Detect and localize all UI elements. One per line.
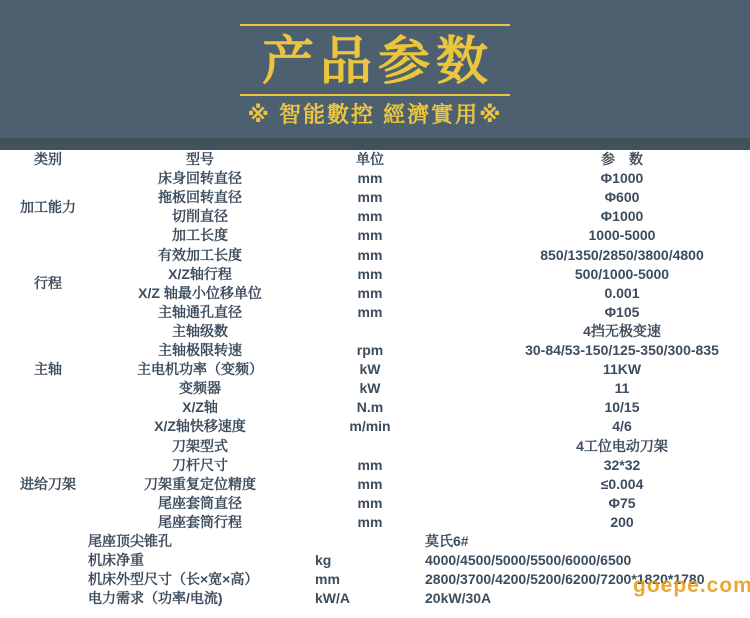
table-row: X/Z轴行程mm500/1000-5000: [0, 265, 750, 284]
category-label: 行程: [0, 274, 96, 293]
param-cell: 11KW: [472, 360, 750, 379]
table-row: 有效加工长度mm850/1350/2850/3800/4800: [0, 246, 750, 265]
unit-cell: mm: [330, 456, 410, 475]
footer-unit-cell: kW/A: [315, 589, 415, 608]
table-row: X/Z轴N.m10/15: [0, 398, 750, 417]
table-row: 尾座套筒行程mm200: [0, 513, 750, 532]
model-cell: 尾座套筒行程: [60, 513, 340, 532]
table-row: 加工长度mm1000-5000: [0, 226, 750, 245]
watermark: goepe.com: [633, 574, 750, 598]
header-subtitle: ※ 智能數控 經濟實用※: [0, 100, 750, 130]
table-header-row: 类别型号单位参 数: [0, 150, 750, 169]
unit-cell: mm: [330, 188, 410, 207]
unit-cell: [330, 437, 410, 456]
table-footer-row: 机床净重kg4000/4500/5000/5500/6000/6500: [0, 551, 750, 570]
model-cell: 主轴级数: [60, 322, 340, 341]
param-cell: Φ105: [472, 303, 750, 322]
model-cell: X/Z轴快移速度: [60, 417, 340, 436]
footer-label-cell: 机床净重: [88, 551, 318, 570]
unit-cell: mm: [330, 226, 410, 245]
unit-cell: mm: [330, 513, 410, 532]
model-cell: 切削直径: [60, 207, 340, 226]
table-row: 切削直径mmΦ1000: [0, 207, 750, 226]
param-cell: Φ1000: [472, 169, 750, 188]
unit-cell: kW: [330, 379, 410, 398]
param-cell: Φ75: [472, 494, 750, 513]
table-row: X/Z 轴最小位移单位mm0.001: [0, 284, 750, 303]
page-title: 产品参数: [0, 30, 750, 94]
param-cell: 0.001: [472, 284, 750, 303]
unit-cell: mm: [330, 475, 410, 494]
param-cell: Φ600: [472, 188, 750, 207]
model-cell: X/Z轴: [60, 398, 340, 417]
model-cell: X/Z轴行程: [60, 265, 340, 284]
table-row: 刀杆尺寸mm32*32: [0, 456, 750, 475]
unit-cell: mm: [330, 246, 410, 265]
footer-label-cell: 机床外型尺寸（长×宽×高）: [88, 570, 318, 589]
param-cell: Φ1000: [472, 207, 750, 226]
table-row: 主轴通孔直径mmΦ105: [0, 303, 750, 322]
table-row: 拖板回转直径mmΦ600: [0, 188, 750, 207]
header-banner: 产品参数 ※ 智能數控 經濟實用※: [0, 0, 750, 150]
unit-cell: [330, 322, 410, 341]
unit-cell: rpm: [330, 341, 410, 360]
spec-table: 类别型号单位参 数床身回转直径mmΦ1000拖板回转直径mmΦ600切削直径mm…: [0, 150, 750, 610]
table-row: 主轴级数4挡无极变速: [0, 322, 750, 341]
param-cell: 32*32: [472, 456, 750, 475]
model-cell: 变频器: [60, 379, 340, 398]
model-cell: 加工长度: [60, 226, 340, 245]
model-cell: X/Z 轴最小位移单位: [60, 284, 340, 303]
param-cell: 500/1000-5000: [472, 265, 750, 284]
param-cell: 4挡无极变速: [472, 322, 750, 341]
category-label: 进给刀架: [0, 475, 96, 494]
param-cell: 850/1350/2850/3800/4800: [472, 246, 750, 265]
divider-line-bottom: [240, 94, 510, 96]
model-cell: 刀杆尺寸: [60, 456, 340, 475]
unit-cell: mm: [330, 303, 410, 322]
table-row: 刀架重复定位精度mm≤0.004: [0, 475, 750, 494]
footer-unit-cell: kg: [315, 551, 415, 570]
param-cell: 30-84/53-150/125-350/300-835: [472, 341, 750, 360]
footer-unit-cell: mm: [315, 570, 415, 589]
param-cell: 11: [472, 379, 750, 398]
column-header-param: 参 数: [472, 150, 750, 169]
model-cell: 主电机功率（变频）: [60, 360, 340, 379]
model-cell: 主轴极限转速: [60, 341, 340, 360]
model-cell: 尾座套筒直径: [60, 494, 340, 513]
footer-label-cell: 电力需求（功率/电流): [88, 589, 318, 608]
model-cell: 刀架重复定位精度: [60, 475, 340, 494]
model-cell: 床身回转直径: [60, 169, 340, 188]
unit-cell: kW: [330, 360, 410, 379]
table-row: 主电机功率（变频）kW11KW: [0, 360, 750, 379]
model-cell: 有效加工长度: [60, 246, 340, 265]
footer-label-cell: 尾座顶尖锥孔: [88, 532, 318, 551]
footer-unit-cell: [315, 532, 415, 551]
param-cell: 200: [472, 513, 750, 532]
table-row: 床身回转直径mmΦ1000: [0, 169, 750, 188]
param-cell: 10/15: [472, 398, 750, 417]
footer-param-cell: 4000/4500/5000/5500/6000/6500: [425, 551, 750, 570]
unit-cell: m/min: [330, 417, 410, 436]
unit-cell: mm: [330, 169, 410, 188]
product-parameters-sheet: 产品参数 ※ 智能數控 經濟實用※ 类别型号单位参 数床身回转直径mmΦ1000…: [0, 0, 750, 618]
model-cell: 主轴通孔直径: [60, 303, 340, 322]
param-cell: 4工位电动刀架: [472, 437, 750, 456]
unit-cell: N.m: [330, 398, 410, 417]
table-footer-row: 尾座顶尖锥孔莫氏6#: [0, 532, 750, 551]
unit-cell: mm: [330, 207, 410, 226]
param-cell: ≤0.004: [472, 475, 750, 494]
unit-cell: mm: [330, 265, 410, 284]
param-cell: 4/6: [472, 417, 750, 436]
table-row: 尾座套筒直径mmΦ75: [0, 494, 750, 513]
divider-line-top: [240, 24, 510, 26]
column-header-unit: 单位: [330, 150, 410, 169]
model-cell: 拖板回转直径: [60, 188, 340, 207]
param-cell: 1000-5000: [472, 226, 750, 245]
category-label: 主轴: [0, 360, 96, 379]
table-row: X/Z轴快移速度m/min4/6: [0, 417, 750, 436]
table-row: 变频器kW11: [0, 379, 750, 398]
footer-param-cell: 莫氏6#: [425, 532, 750, 551]
column-header-model: 型号: [60, 150, 340, 169]
unit-cell: mm: [330, 284, 410, 303]
table-row: 刀架型式4工位电动刀架: [0, 437, 750, 456]
table-row: 主轴极限转速rpm30-84/53-150/125-350/300-835: [0, 341, 750, 360]
model-cell: 刀架型式: [60, 437, 340, 456]
unit-cell: mm: [330, 494, 410, 513]
category-label: 加工能力: [0, 198, 96, 217]
